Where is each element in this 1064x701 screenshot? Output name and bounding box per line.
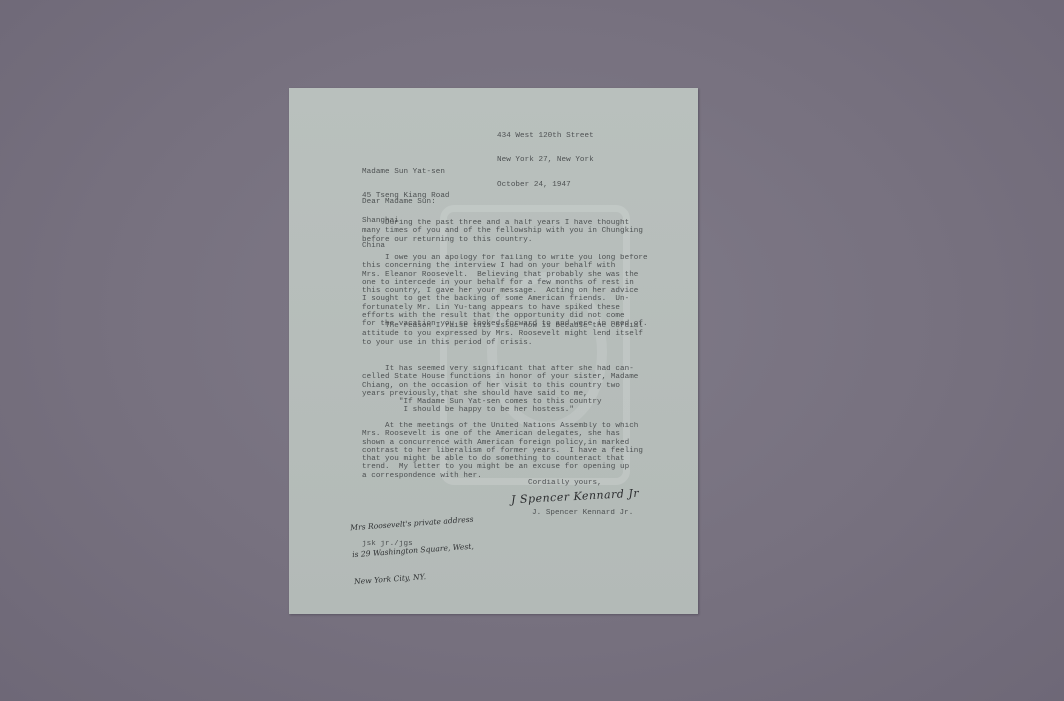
text-line: At the meetings of the United Nations As… (362, 422, 643, 430)
text-line: It has seemed very significant that afte… (362, 365, 638, 373)
text-line: years previously,that she should have sa… (362, 390, 638, 398)
text-line: many times of you and of the fellowship … (362, 227, 643, 235)
salutation: Dear Madame Sun: (362, 198, 436, 206)
letter-date: October 24, 1947 (497, 181, 594, 189)
text-line: to your use in this period of crisis. (362, 339, 643, 347)
text-line: one to intercede in your behalf for a fe… (362, 279, 648, 287)
text-line: contrast to her liberalism of former yea… (362, 447, 643, 455)
text-line: celled State House functions in honor of… (362, 373, 638, 381)
text-line: shown a concurrence with American foreig… (362, 439, 643, 447)
sender-address: 434 West 120th Street New York 27, New Y… (497, 115, 594, 206)
handwritten-note: Mrs Roosevelt's private address is 29 Wa… (349, 497, 476, 604)
text-line: Chiang, on the occasion of her visit to … (362, 382, 638, 390)
text-line: this country, I gave her your message. A… (362, 287, 648, 295)
text-line: "If Madame Sun Yat-sen comes to this cou… (362, 398, 638, 406)
text-line: before our returning to this country. (362, 236, 643, 244)
text-line: that you might be able to do something t… (362, 455, 643, 463)
text-line: Mrs. Eleanor Roosevelt. Believing that p… (362, 271, 648, 279)
text-line: Mrs. Roosevelt is one of the American de… (362, 430, 643, 438)
text-line: attitude to you expressed by Mrs. Roosev… (362, 330, 643, 338)
handwritten-signature: J Spencer Kennard Jr (511, 487, 640, 507)
text-line: fortunately Mr. Lin Yu-tang appears to h… (362, 304, 648, 312)
text-line: During the past three and a half years I… (362, 219, 643, 227)
closing: Cordially yours, (528, 479, 602, 487)
paragraph-2: I owe you an apology for failing to writ… (362, 254, 648, 329)
text-line: I should be happy to be her hostess." (362, 406, 638, 414)
text-line: I sought to get the backing of some Amer… (362, 295, 648, 303)
recipient-address: Madame Sun Yat-sen 45 Tseng Kiang Road S… (362, 151, 450, 267)
paragraph-5: At the meetings of the United Nations As… (362, 422, 643, 480)
text-line: I owe you an apology for failing to writ… (362, 254, 648, 262)
typed-name: J. Spencer Kennard Jr. (532, 509, 633, 517)
letter-paper: 434 West 120th Street New York 27, New Y… (289, 88, 698, 614)
paragraph-1: During the past three and a half years I… (362, 219, 643, 244)
text-line: this concerning the interview I had on y… (362, 262, 648, 270)
text-line: trend. My letter to you might be an excu… (362, 463, 643, 471)
text-line: The reason I raise this issue now is bec… (362, 322, 643, 330)
reference-initials: jsk jr./jgs (362, 540, 413, 548)
text-line: efforts with the result that the opportu… (362, 312, 648, 320)
paragraph-3: The reason I raise this issue now is bec… (362, 322, 643, 347)
paragraph-4: It has seemed very significant that afte… (362, 365, 638, 415)
